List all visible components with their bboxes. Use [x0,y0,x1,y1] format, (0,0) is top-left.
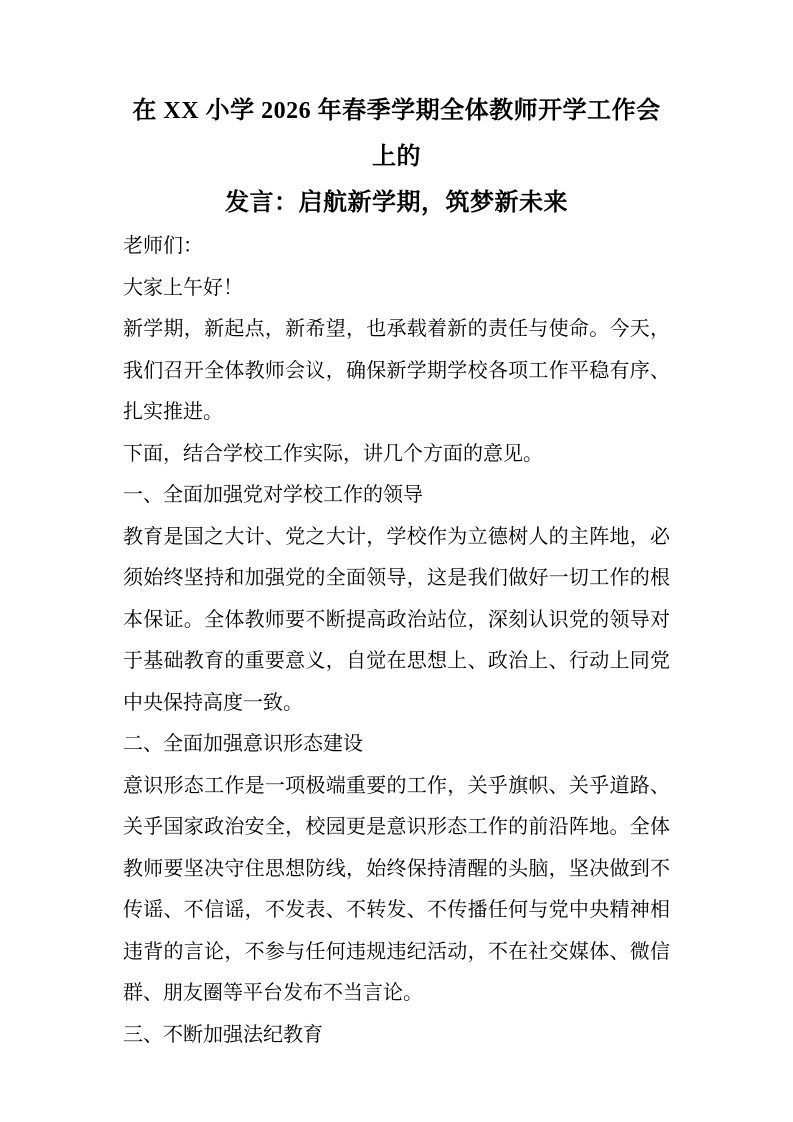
document-content: 在 XX 小学 2026 年春季学期全体教师开学工作会上的发言：启航新学期，筑梦… [123,88,670,1056]
paragraph-section-one: 教育是国之大计、党之大计，学校作为立德树人的主阵地，必须始终坚持和加强党的全面领… [123,517,670,725]
heading-section-three: 三、不断加强法纪教育 [123,1015,670,1057]
document-title: 在 XX 小学 2026 年春季学期全体教师开学工作会上的发言：启航新学期，筑梦… [123,88,670,226]
document-page: 在 XX 小学 2026 年春季学期全体教师开学工作会上的发言：启航新学期，筑梦… [0,0,793,1122]
heading-section-two: 二、全面加强意识形态建设 [123,724,670,766]
paragraph-greeting: 大家上午好！ [123,268,670,310]
paragraph-transition: 下面，结合学校工作实际，讲几个方面的意见。 [123,434,670,476]
heading-section-one: 一、全面加强党对学校工作的领导 [123,475,670,517]
document-title-line-1: 在 XX 小学 2026 年春季学期全体教师开学工作会上的 [132,98,660,170]
paragraph-salutation: 老师们： [123,226,670,268]
paragraph-section-two: 意识形态工作是一项极端重要的工作，关乎旗帜、关乎道路、关乎国家政治安全，校园更是… [123,766,670,1015]
document-title-line-2: 发言：启航新学期，筑梦新未来 [225,190,568,216]
paragraph-intro: 新学期，新起点，新希望，也承载着新的责任与使命。今天，我们召开全体教师会议，确保… [123,309,670,434]
